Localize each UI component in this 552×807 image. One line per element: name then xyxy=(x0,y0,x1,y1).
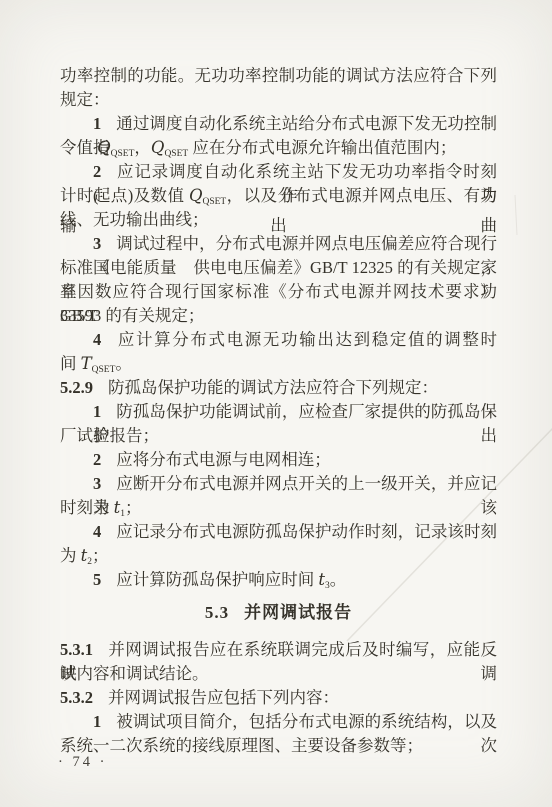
text-line: 3调试过程中，分布式电源并网点电压偏差应符合现行国家 xyxy=(60,232,497,256)
text-segment: 并网调试报告应包括下列内容： xyxy=(108,688,339,707)
text-line: 功率控制的功能。无功功率控制功能的调试方法应符合下列 xyxy=(60,64,497,88)
text-segment: 应计算防孤岛保护响应时间 xyxy=(116,570,318,589)
text-line: 2应记录调度自动化系统主站下发无功功率指令时刻(作为 xyxy=(60,160,497,184)
text-segment: 应计算分布式电源无功输出达到稳定值的调整时 xyxy=(116,330,497,349)
text-segment: 。 xyxy=(115,354,132,373)
text-column: 功率控制的功能。无功功率控制功能的调试方法应符合下列规定：1通过调度自动化系统主… xyxy=(60,64,497,758)
text-segment: 33593 的有关规定； xyxy=(60,306,204,325)
clause-number: 1 xyxy=(93,114,101,133)
text-segment: 线、无功输出曲线； xyxy=(60,210,209,229)
text-segment: 间 xyxy=(60,354,81,373)
clause-number: 5.2.9 xyxy=(60,378,93,397)
clause-number: 5.3 xyxy=(205,603,229,622)
clause-number: 3 xyxy=(93,474,101,493)
text-segment: 规定： xyxy=(60,90,110,109)
clause-number: 3 xyxy=(93,234,101,253)
symbol-subscript: QSET xyxy=(111,149,135,159)
text-line: 率因数应符合现行国家标准《分布式电源并网技术要求》GB/T xyxy=(60,280,497,304)
symbol-subscript: QSET xyxy=(164,149,188,159)
clause-number: 5.3.2 xyxy=(60,688,93,707)
text-line: 5.3.1并网调试报告应在系统联调完成后及时编写，应能反映调 xyxy=(60,638,497,662)
text-line: 5.3.2并网调试报告应包括下列内容： xyxy=(60,686,497,710)
text-segment: 厂试验报告； xyxy=(60,426,159,445)
text-segment: 应记录分布式电源防孤岛保护动作时刻，记录该时刻 xyxy=(116,522,497,541)
text-segment: 防孤岛保护功能的调试方法应符合下列规定： xyxy=(108,378,438,397)
clause-number: 2 xyxy=(93,162,101,181)
symbol-variable: Q xyxy=(189,186,203,205)
text-segment: 为 xyxy=(60,546,81,565)
clause-number: 1 xyxy=(93,712,101,731)
text-line: 3应断开分布式电源并网点开关的上一级开关，并应记录该 xyxy=(60,472,497,496)
text-segment: 应在分布式电源允许输出值范围内； xyxy=(188,138,456,157)
clause-number: 5.3.1 xyxy=(60,640,93,659)
text-segment: 应将分布式电源与电网相连； xyxy=(116,450,331,469)
text-segment: 功率控制的功能。无功功率控制功能的调试方法应符合下列 xyxy=(60,66,497,85)
text-line: 5.2.9防孤岛保护功能的调试方法应符合下列规定： xyxy=(60,376,497,400)
text-segment: 系统、二次系统的接线原理图、主要设备参数等； xyxy=(60,736,423,755)
text-line: 1防孤岛保护功能调试前，应检查厂家提供的防孤岛保护出 xyxy=(60,400,497,424)
text-segment: 令值 xyxy=(60,138,97,157)
text-line: 4应记录分布式电源防孤岛保护动作时刻，记录该时刻 xyxy=(60,520,497,544)
text-segment: 。 xyxy=(330,570,347,589)
text-line: 计时起点)及数值 QQSET，以及分布式电源并网点电压、有功输出曲 xyxy=(60,184,497,208)
section-heading: 5.3并网调试报告 xyxy=(60,601,497,625)
symbol-subscript: QSET xyxy=(92,365,116,375)
page-number: · 74 · xyxy=(58,754,107,771)
text-line: 1被调试项目简介，包括分布式电源的系统结构，以及一次 xyxy=(60,710,497,734)
text-line: 规定： xyxy=(60,88,497,112)
text-line: 5应计算防孤岛保护响应时间 t3。 xyxy=(60,568,497,592)
symbol-variable: Q xyxy=(97,138,111,157)
text-segment: ； xyxy=(125,498,142,517)
symbol-subscript: QSET xyxy=(202,197,226,207)
text-segment: 计时起点)及数值 xyxy=(60,186,189,205)
symbol-variable: Q xyxy=(151,138,165,157)
clause-number: 4 xyxy=(93,522,101,541)
scanned-document-page: 功率控制的功能。无功功率控制功能的调试方法应符合下列规定：1通过调度自动化系统主… xyxy=(0,0,552,807)
text-line: 令值 QQSET，QQSET 应在分布式电源允许输出值范围内； xyxy=(60,136,497,160)
text-line: 1通过调度自动化系统主站给分布式电源下发无功控制指 xyxy=(60,112,497,136)
text-line: 间 TQSET。 xyxy=(60,352,497,376)
clause-number: 2 xyxy=(93,450,101,469)
text-segment: 试内容和调试结论。 xyxy=(60,664,209,683)
text-line: 为 t2； xyxy=(60,544,497,568)
text-line: 33593 的有关规定； xyxy=(60,304,497,328)
text-line: 4应计算分布式电源无功输出达到稳定值的调整时 xyxy=(60,328,497,352)
text-line: 标准《电能质量 供电电压偏差》GB/T 12325 的有关规定，且功 xyxy=(60,256,497,280)
text-line: 2应将分布式电源与电网相连； xyxy=(60,448,497,472)
clause-number: 4 xyxy=(93,330,101,349)
clause-number: 5 xyxy=(93,570,101,589)
text-segment: 应断开分布式电源并网点开关的上一级开关，并应记录该 xyxy=(93,474,497,517)
text-segment: ； xyxy=(92,546,109,565)
text-segment: 并网调试报告 xyxy=(244,603,352,622)
symbol-variable: T xyxy=(81,354,92,373)
text-segment: ， xyxy=(134,138,151,157)
text-segment: 时刻为 xyxy=(60,498,114,517)
clause-number: 1 xyxy=(93,402,101,421)
